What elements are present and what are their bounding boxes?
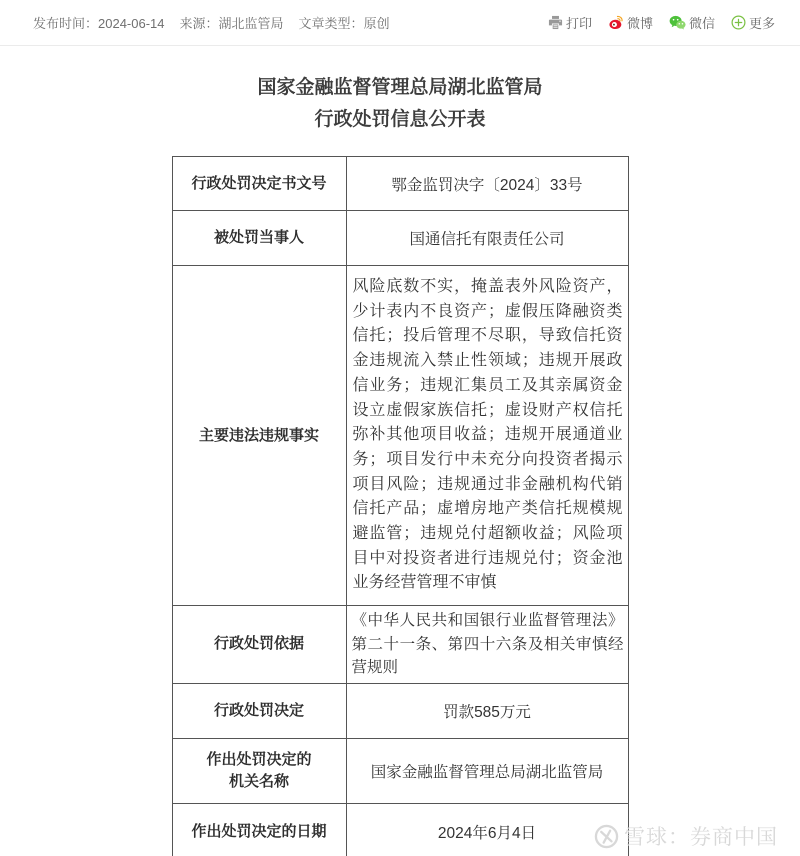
article-type: 文章类型：原创 [299, 13, 390, 32]
row-label: 行政处罚决定书文号 [173, 157, 347, 211]
row-value: 鄂金监罚决字〔2024〕33号 [347, 157, 629, 211]
more-label: 更多 [749, 13, 775, 32]
row-value: 国家金融监督管理总局湖北监管局 [347, 739, 629, 804]
article-meta: 发布时间：2024-06-14 来源：湖北监管局 文章类型：原创 [33, 13, 390, 32]
weibo-label: 微博 [627, 13, 653, 32]
table-row-penalty-basis: 行政处罚依据 《中华人民共和国银行业监督管理法》第二十一条、第四十六条及相关审慎… [173, 606, 629, 684]
article-source: 来源：湖北监管局 [180, 13, 284, 32]
row-value: 罚款585万元 [347, 684, 629, 739]
table-row-deciding-authority: 作出处罚决定的 机关名称 国家金融监督管理总局湖北监管局 [173, 739, 629, 804]
circle-plus-icon [731, 15, 746, 30]
page-title-line1: 国家金融监督管理总局湖北监管局 [257, 77, 542, 98]
share-toolbar: 打印 微博 [548, 13, 775, 32]
xueqiu-snowball-icon [594, 824, 619, 849]
row-label: 作出处罚决定的日期 [173, 804, 347, 856]
table-row-decision-date: 作出处罚决定的日期 2024年6月4日 [173, 804, 629, 856]
row-label: 作出处罚决定的 机关名称 [173, 739, 347, 804]
row-label: 行政处罚决定 [173, 684, 347, 739]
table-row-document-number: 行政处罚决定书文号 鄂金监罚决字〔2024〕33号 [173, 157, 629, 211]
printer-icon [548, 15, 563, 30]
publish-date: 发布时间：2024-06-14 [33, 13, 165, 32]
watermark-text: 雪球：券商中国 [624, 821, 778, 851]
table-row-penalty-decision: 行政处罚决定 罚款585万元 [173, 684, 629, 739]
row-value: 《中华人民共和国银行业监督管理法》第二十一条、第四十六条及相关审慎经营规则 [347, 606, 629, 684]
penalty-table: 行政处罚决定书文号 鄂金监罚决字〔2024〕33号 被处罚当事人 国通信托有限责… [172, 156, 629, 856]
table-row-penalized-party: 被处罚当事人 国通信托有限责任公司 [173, 211, 629, 266]
print-button[interactable]: 打印 [548, 13, 592, 32]
print-label: 打印 [566, 13, 592, 32]
row-label: 主要违法违规事实 [173, 266, 347, 606]
row-value: 风险底数不实，掩盖表外风险资产，少计表内不良资产；虚假压降融资类信托；投后管理不… [347, 266, 629, 606]
article-meta-bar: 发布时间：2024-06-14 来源：湖北监管局 文章类型：原创 打印 [0, 0, 800, 46]
share-weibo-button[interactable]: 微博 [608, 13, 653, 32]
row-value: 国通信托有限责任公司 [347, 211, 629, 266]
wechat-icon [669, 15, 686, 30]
share-wechat-button[interactable]: 微信 [669, 13, 715, 32]
watermark: 雪球：券商中国 [594, 821, 778, 851]
page-title: 国家金融监督管理总局湖北监管局 行政处罚信息公开表 [0, 72, 800, 136]
table-row-violation-facts: 主要违法违规事实 风险底数不实，掩盖表外风险资产，少计表内不良资产；虚假压降融资… [173, 266, 629, 606]
row-label: 被处罚当事人 [173, 211, 347, 266]
wechat-label: 微信 [689, 13, 715, 32]
page-title-line2: 行政处罚信息公开表 [314, 109, 485, 130]
more-share-button[interactable]: 更多 [731, 13, 775, 32]
weibo-icon [608, 15, 624, 30]
row-value: 2024年6月4日 [347, 804, 629, 856]
row-label: 行政处罚依据 [173, 606, 347, 684]
